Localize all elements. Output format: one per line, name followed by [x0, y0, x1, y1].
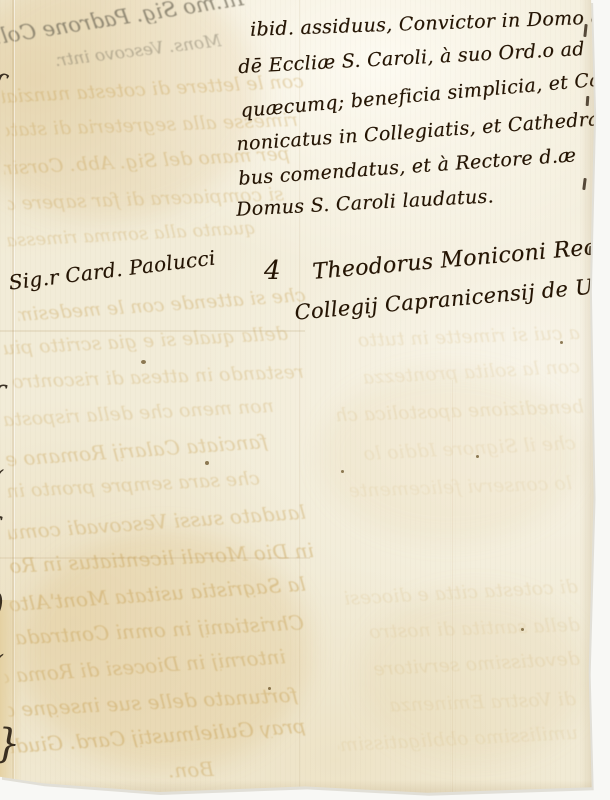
ink-fragment: ): [0, 424, 1, 454]
ink-speck: [476, 455, 479, 458]
ink-fragment: }: [0, 724, 20, 764]
manuscript-scan: Ill.mo Sig. Padrone Col.mo Bar.Mons. Ves…: [0, 0, 610, 800]
item-number: 4: [264, 258, 281, 284]
bleedthrough-line: Bon.: [150, 759, 215, 781]
ink-fragment: (: [0, 468, 3, 494]
addressee-annotation: Sig.r Card. Paolucci: [8, 247, 217, 292]
bleedthrough-line: a cui si rimette in tutto: [336, 324, 581, 352]
bleedthrough-line: non meno che della risposta che: [2, 397, 275, 430]
ink-fragment: (: [0, 652, 3, 680]
manuscript-line-2: dē Eccliæ S. Caroli, à suo Ord.o ad: [238, 40, 585, 77]
ink-speck: [341, 470, 344, 473]
manuscript-line-1: ibid. assiduus, Convictor in Domo eius:: [250, 7, 610, 40]
ink-fragment: ): [0, 588, 4, 622]
ink-speck: [205, 461, 209, 465]
paper-sheet: Ill.mo Sig. Padrone Col.mo Bar.Mons. Ves…: [0, 0, 610, 800]
bleedthrough-line: fanciata Calarij Romano estese: [6, 431, 269, 469]
ink-speck: [268, 687, 271, 690]
bleedthrough-line: che sara sempre pronto in ogni: [4, 469, 261, 501]
ink-fragment: ſ: [0, 382, 3, 414]
ink-speck: [141, 360, 146, 364]
bleedthrough-line: che si attende con le medesime: [18, 286, 307, 325]
bleedthrough-line: quanto alla somma rimessa gia: [4, 219, 257, 250]
bleedthrough-line: restando in attesa di riscontro: [8, 363, 304, 392]
bleedthrough-line: della quale si e gia scritto piu: [4, 325, 289, 359]
ink-speck: [560, 341, 563, 344]
ink-speck: [521, 628, 524, 631]
